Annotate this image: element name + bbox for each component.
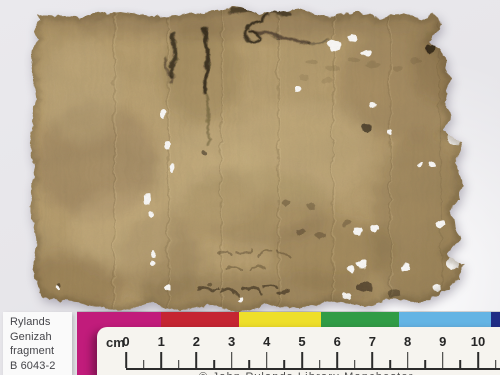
ruler-tick-minor — [284, 360, 286, 368]
shelfmark-label: Rylands Genizah fragment B 6043-2 — [3, 312, 72, 375]
photo-stage: Rylands Genizah fragment B 6043-2 cm 012… — [0, 0, 500, 375]
ruler-number: 8 — [404, 334, 411, 349]
ruler-number: 9 — [439, 334, 446, 349]
ruler-tick-major — [407, 352, 409, 368]
ruler-tick-minor — [319, 360, 321, 368]
ruler-number: 2 — [193, 334, 200, 349]
ruler-tick-minor — [248, 360, 250, 368]
ruler-number: 10 — [471, 334, 485, 349]
ruler-card: cm 012345678910 © John Rylands Library M… — [97, 327, 500, 375]
ruler-tick-minor — [495, 360, 497, 368]
ruler-baseline — [126, 368, 500, 370]
ruler-tick-major — [336, 352, 338, 368]
ruler-tick-minor — [424, 360, 426, 368]
ruler-tick-minor — [178, 360, 180, 368]
ruler-number: 6 — [334, 334, 341, 349]
ruler-tick-major — [442, 352, 444, 368]
ruler-tick-major — [266, 352, 268, 368]
ruler-tick-major — [160, 352, 162, 368]
ruler-number: 1 — [158, 334, 165, 349]
ruler-scale: 012345678910 — [97, 327, 500, 375]
ruler-number: 0 — [122, 334, 129, 349]
label-line-type: fragment — [10, 344, 72, 359]
ruler-tick-minor — [389, 360, 391, 368]
ruler-number: 5 — [298, 334, 305, 349]
ruler-tick-major — [125, 352, 127, 368]
ruler-tick-minor — [143, 360, 145, 368]
ruler-tick-minor — [354, 360, 356, 368]
label-line-shelfmark: B 6043-2 — [10, 359, 72, 374]
ruler-tick-major — [477, 352, 479, 368]
ruler-number: 7 — [369, 334, 376, 349]
ruler-tick-major — [196, 352, 198, 368]
label-line-collection: Rylands — [10, 315, 72, 330]
ruler-tick-major — [231, 352, 233, 368]
ruler-number: 4 — [263, 334, 270, 349]
ruler-tick-minor — [213, 360, 215, 368]
label-line-series: Genizah — [10, 330, 72, 345]
ruler-number: 3 — [228, 334, 235, 349]
ruler-copyright: © John Rylands Library Manchester — [199, 371, 414, 375]
ruler-tick-major — [372, 352, 374, 368]
ruler-tick-minor — [460, 360, 462, 368]
ruler-tick-major — [301, 352, 303, 368]
